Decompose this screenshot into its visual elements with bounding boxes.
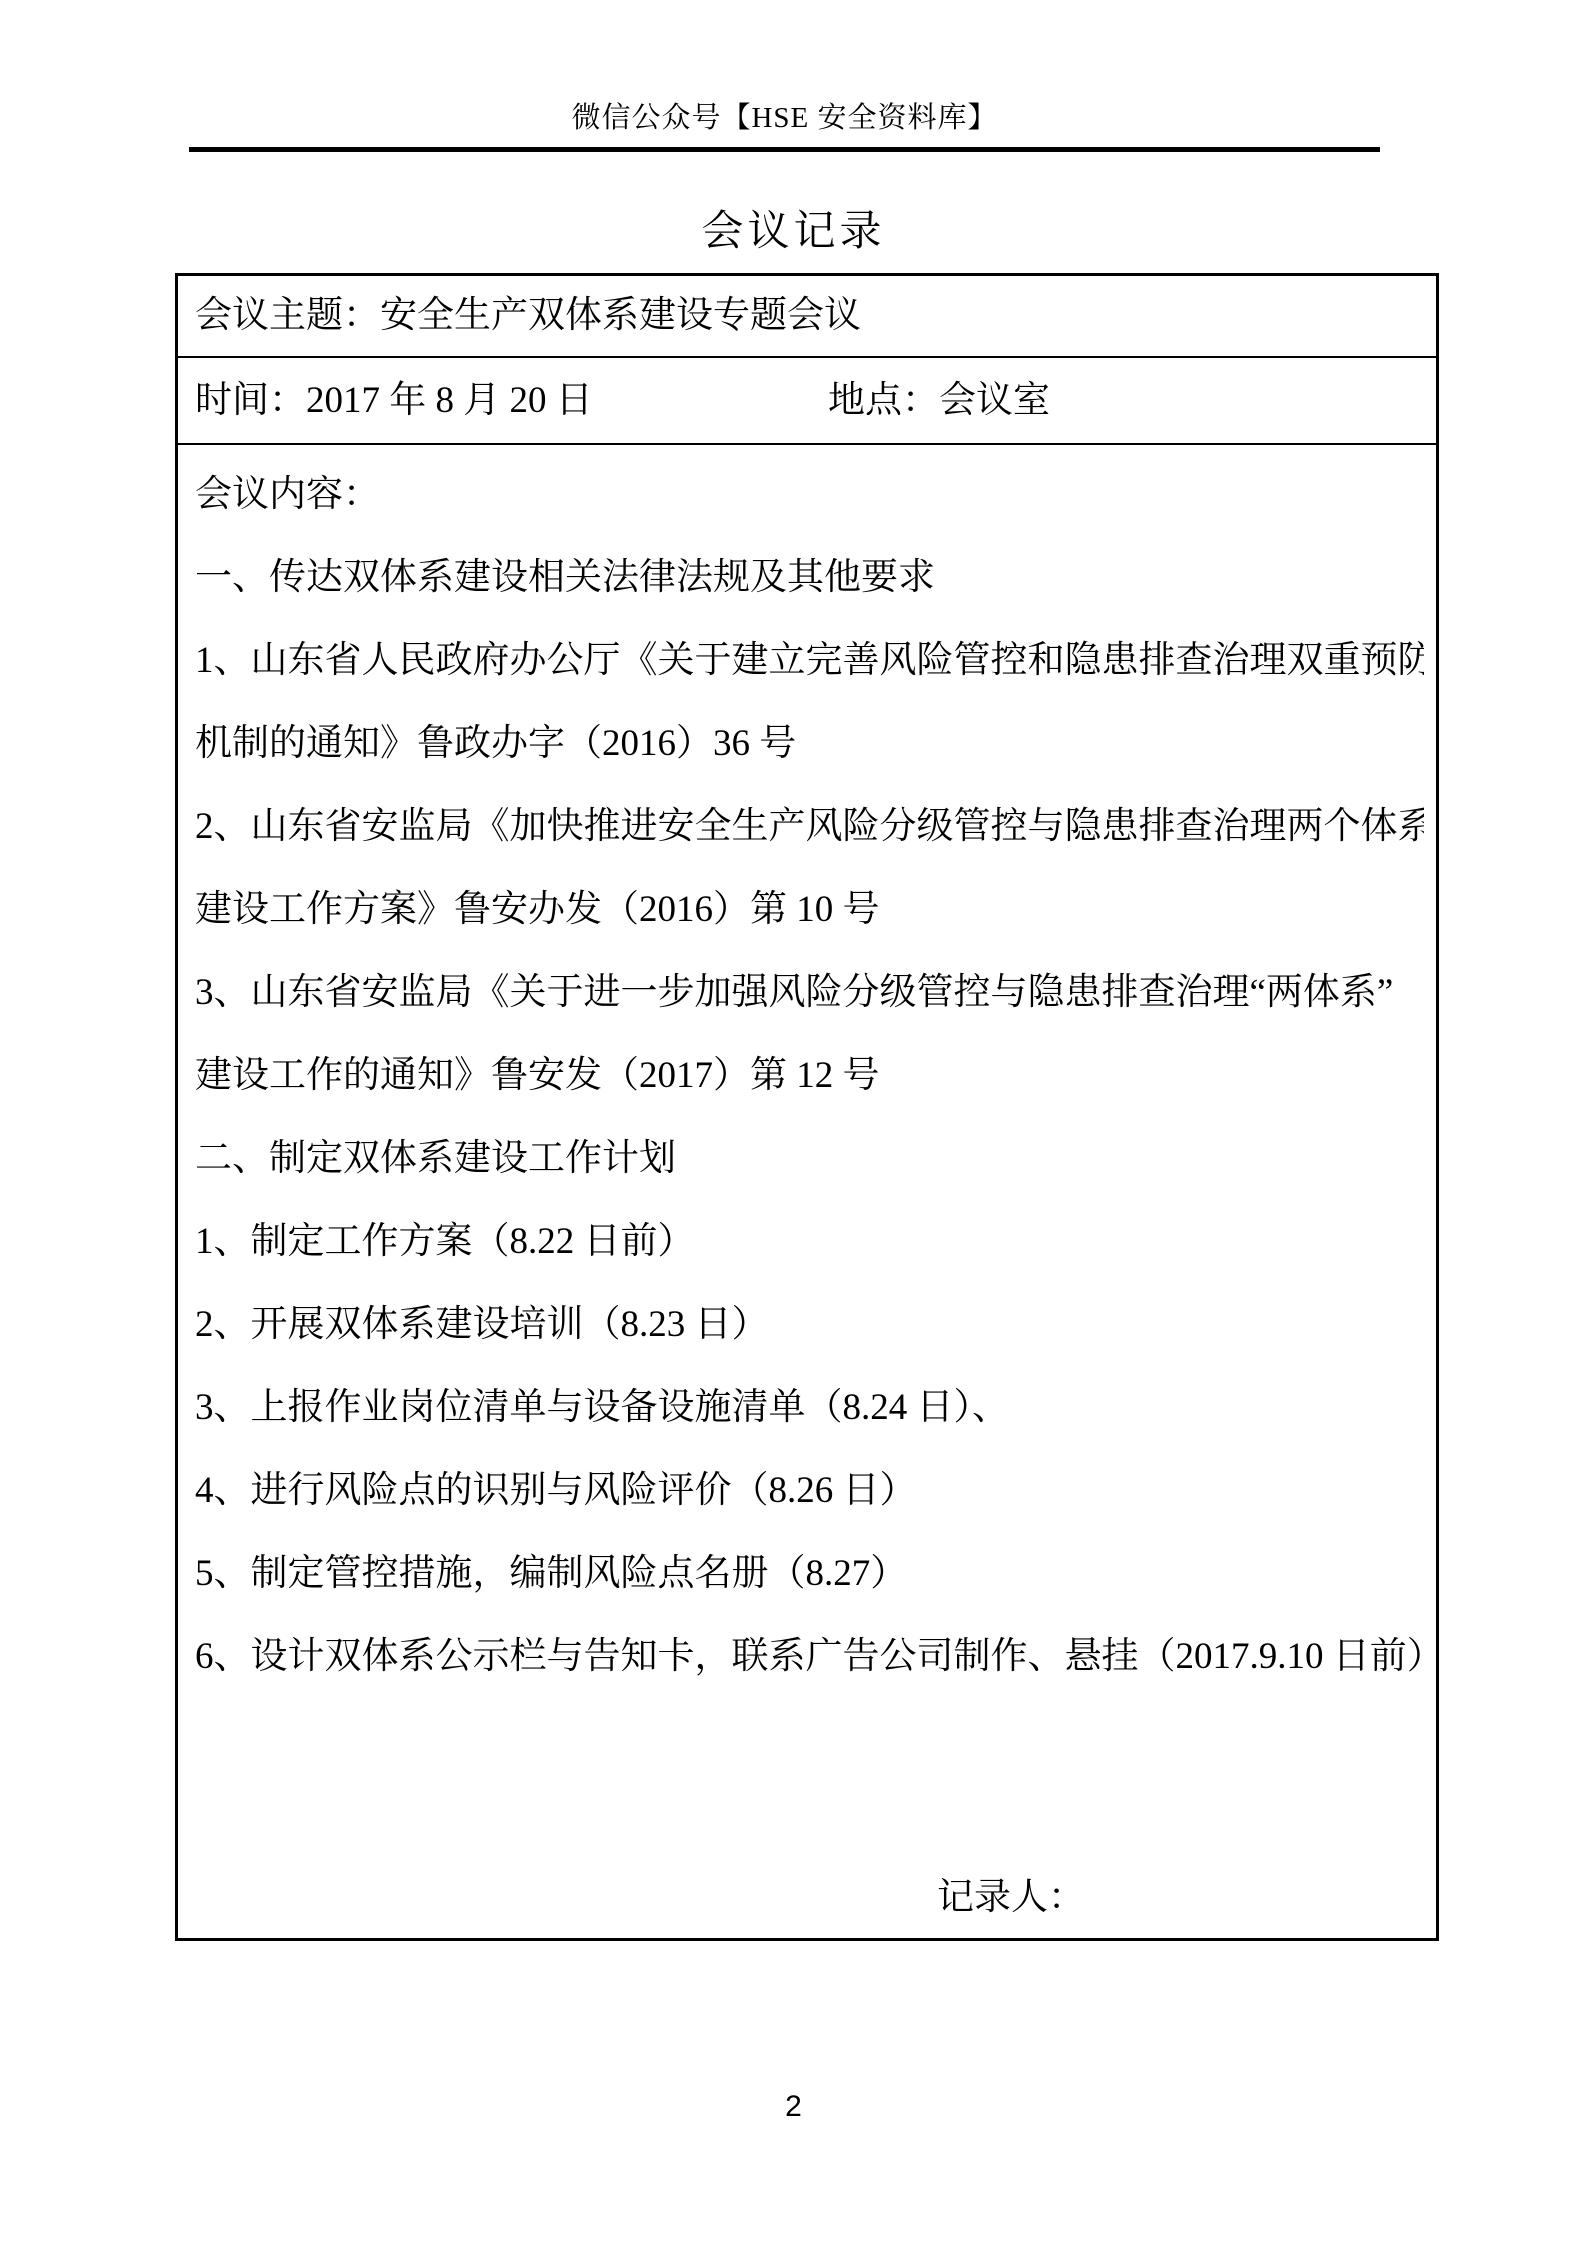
- content-line: 1、制定工作方案（8.22 日前）: [195, 1200, 1424, 1283]
- content-line: 建设工作方案》鲁安办发（2016）第 10 号: [195, 868, 1424, 951]
- content-line: 3、上报作业岗位清单与设备设施清单（8.24 日）、: [195, 1366, 1424, 1449]
- page-number: 2: [0, 2090, 1587, 2124]
- meeting-datetime-row: 时间：2017 年 8 月 20 日 地点：会议室: [178, 358, 1436, 445]
- meeting-subject-row: 会议主题：安全生产双体系建设专题会议: [178, 276, 1436, 358]
- content-line: 2、开展双体系建设培训（8.23 日）: [195, 1283, 1424, 1366]
- content-line: 6、设计双体系公示栏与告知卡，联系广告公司制作、悬挂（2017.9.10 日前）: [195, 1615, 1424, 1698]
- content-line: 2、山东省安监局《加快推进安全生产风险分级管控与隐患排查治理两个体系: [195, 785, 1424, 868]
- content-line: 建设工作的通知》鲁安发（2017）第 12 号: [195, 1034, 1424, 1117]
- meeting-content-lines: 会议内容：一、传达双体系建设相关法律法规及其他要求1、山东省人民政府办公厅《关于…: [195, 453, 1424, 1698]
- meeting-content-cell: 会议内容：一、传达双体系建设相关法律法规及其他要求1、山东省人民政府办公厅《关于…: [178, 445, 1436, 1938]
- recorder-label: 记录人：: [195, 1856, 1424, 1938]
- content-line: 一、传达双体系建设相关法律法规及其他要求: [195, 536, 1424, 619]
- page-title: 会议记录: [0, 198, 1587, 258]
- content-line: 机制的通知》鲁政办字（2016）36 号: [195, 702, 1424, 785]
- document-page: 微信公众号【HSE 安全资料库】 会议记录 会议主题：安全生产双体系建设专题会议…: [0, 0, 1587, 2245]
- meeting-record-table: 会议主题：安全生产双体系建设专题会议 时间：2017 年 8 月 20 日 地点…: [175, 273, 1439, 1941]
- content-line: 会议内容：: [195, 453, 1424, 536]
- header-rule: [189, 147, 1380, 152]
- content-line: 4、进行风险点的识别与风险评价（8.26 日）: [195, 1449, 1424, 1532]
- content-line: 3、山东省安监局《关于进一步加强风险分级管控与隐患排查治理“两体系”: [195, 951, 1424, 1034]
- content-line: 5、制定管控措施，编制风险点名册（8.27）: [195, 1532, 1424, 1615]
- page-header-text: 微信公众号【HSE 安全资料库】: [189, 95, 1380, 136]
- meeting-time: 时间：2017 年 8 月 20 日: [195, 380, 593, 421]
- content-line: 二、制定双体系建设工作计划: [195, 1117, 1424, 1200]
- meeting-location: 地点：会议室: [828, 358, 1050, 443]
- content-line: 1、山东省人民政府办公厅《关于建立完善风险管控和隐患排查治理双重预防: [195, 619, 1424, 702]
